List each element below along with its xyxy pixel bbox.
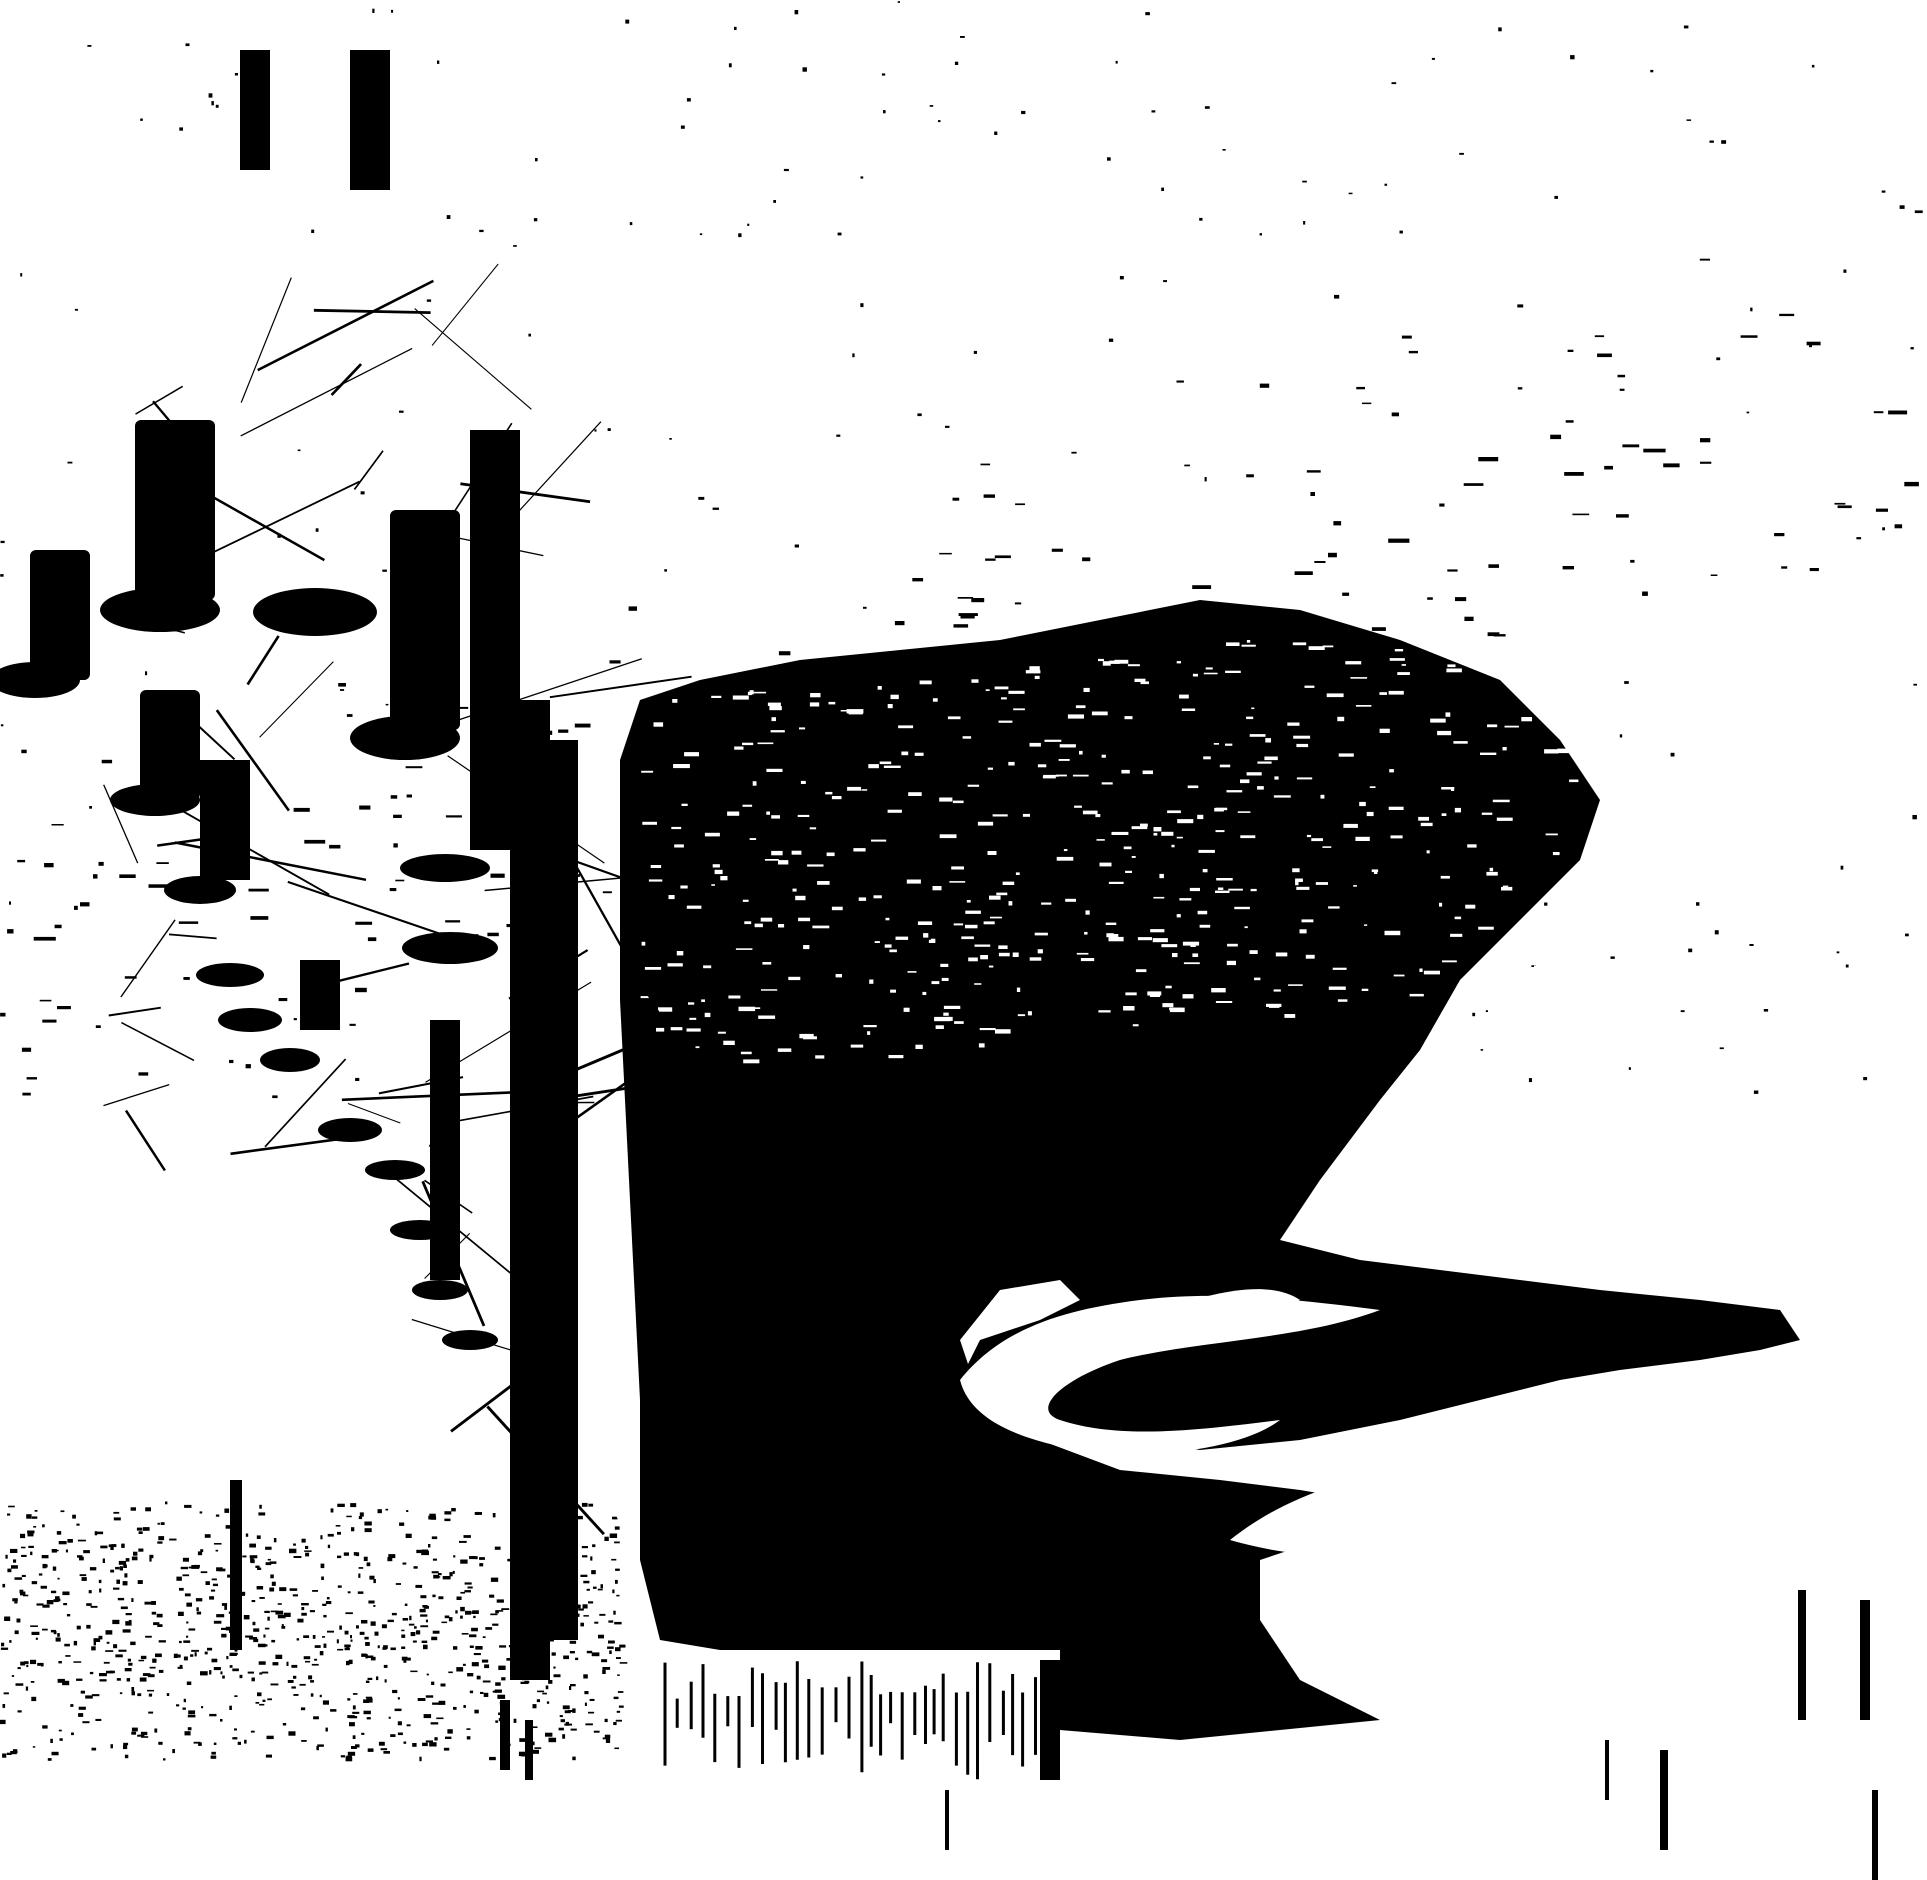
fence-railing [660, 1650, 1060, 1780]
river-photo [0, 0, 1927, 1880]
